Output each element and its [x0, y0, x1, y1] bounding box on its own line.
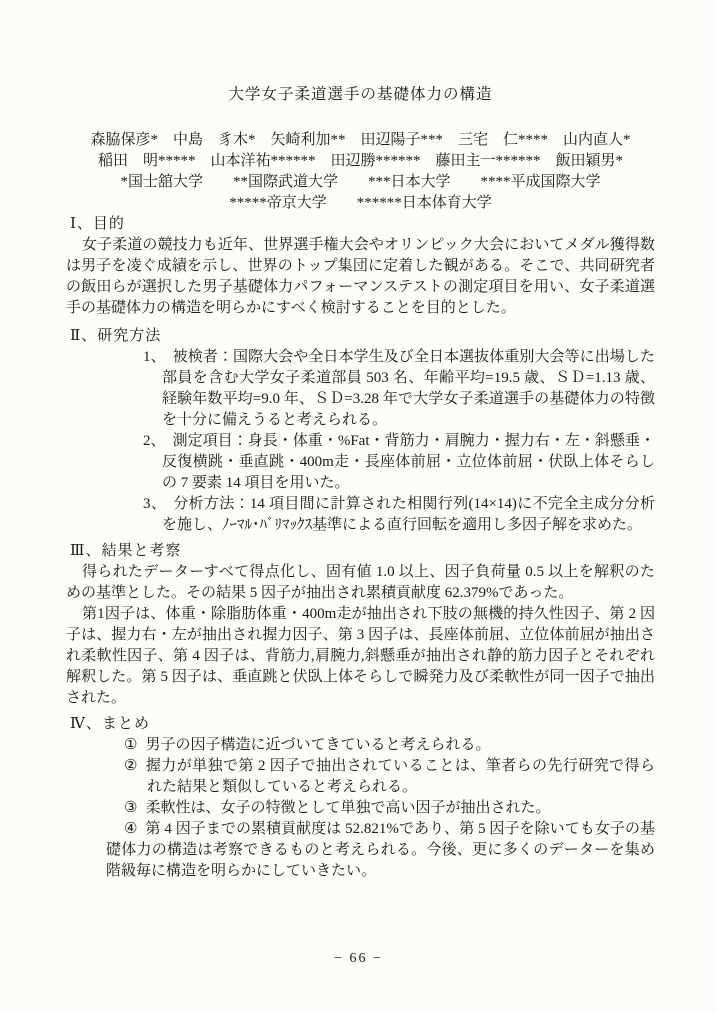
summary-item-1-text: 男子の因子構造に近づいてきていると考えられる。 [145, 737, 490, 753]
list-marker: ① [124, 737, 137, 753]
authors-line-1: 森脇保彦* 中島 豸木* 矢崎利加** 田辺陽子*** 三宅 仁**** 山内直… [66, 130, 655, 151]
summary-item-3-text: 柔軟性は、女子の特徴として単独で高い因子が抽出された。 [145, 800, 550, 816]
section-results-heading: Ⅲ、結果と考察 [70, 541, 655, 562]
document-page: 大学女子柔道選手の基礎体力の構造 森脇保彦* 中島 豸木* 矢崎利加** 田辺陽… [0, 0, 717, 1013]
summary-item-4-text: 第 4 因子までの累積貢献度は 52.821%であり、第 5 因子を除いても女子… [106, 821, 655, 879]
section-purpose-body: 女子柔道の競技力も近年、世界選手権大会やオリンピック大会においてメダル獲得数は男… [66, 235, 655, 319]
list-marker: 1、 [143, 349, 166, 365]
summary-item-2: ②握力が単独で第 2 因子で抽出されていることは、筆者らの先行研究で得られた結果… [66, 756, 655, 798]
list-marker: 2、 [143, 433, 166, 449]
section-results: Ⅲ、結果と考察 得られたデーターすべて得点化し、固有値 1.0 以上、因子負荷量… [66, 541, 655, 709]
affiliation-line-2: *****帝京大学 ******日本体育大学 [66, 193, 655, 214]
summary-item-4: ④第 4 因子までの累積貢献度は 52.821%であり、第 5 因子を除いても女… [66, 819, 655, 882]
summary-item-2-text: 握力が単独で第 2 因子で抽出されていることは、筆者らの先行研究で得られた結果と… [146, 758, 655, 795]
summary-item-1: ①男子の因子構造に近づいてきていると考えられる。 [66, 735, 655, 756]
authors-line-2: 稲田 明***** 山本洋祐****** 田辺勝****** 藤田主一*****… [66, 151, 655, 172]
author-block: 森脇保彦* 中島 豸木* 矢崎利加** 田辺陽子*** 三宅 仁**** 山内直… [66, 130, 655, 214]
page-title: 大学女子柔道選手の基礎体力の構造 [66, 84, 655, 105]
list-marker: ③ [124, 800, 137, 816]
section-methods-heading: Ⅱ、研究方法 [70, 326, 655, 347]
list-marker: ② [124, 758, 138, 774]
list-marker: 3、 [143, 496, 166, 512]
results-paragraph-2: 第1因子は、体重・除脂肪体重・400m走が抽出され下肢の無機的持久性因子、第 2… [66, 604, 655, 709]
summary-item-3: ③柔軟性は、女子の特徴として単独で高い因子が抽出された。 [66, 798, 655, 819]
method-item-2: 2、測定項目：身長・体重・%Fat・背筋力・肩腕力・握力右・左・斜懸垂・反復横跳… [66, 431, 655, 494]
method-item-1: 1、被検者：国際大会や全日本学生及び全日本選抜体重別大会等に出場した部員を含む大… [66, 347, 655, 431]
affiliation-line-1: *国士舘大学 **国際武道大学 ***日本大学 ****平成国際大学 [66, 172, 655, 193]
section-purpose-heading: Ⅰ、目的 [70, 214, 655, 235]
method-item-3-text: 分析方法：14 項目間に計算された相関行列(14×14)に不完全主成分分析を施し… [162, 496, 655, 533]
section-methods: Ⅱ、研究方法 1、被検者：国際大会や全日本学生及び全日本選抜体重別大会等に出場し… [66, 326, 655, 536]
section-summary-heading: Ⅳ、まとめ [70, 714, 655, 735]
list-marker: ④ [124, 821, 138, 837]
page-number: − 66 − [0, 948, 717, 969]
section-purpose: Ⅰ、目的 女子柔道の競技力も近年、世界選手権大会やオリンピック大会においてメダル… [66, 214, 655, 319]
method-item-3: 3、分析方法：14 項目間に計算された相関行列(14×14)に不完全主成分分析を… [66, 494, 655, 536]
method-item-2-text: 測定項目：身長・体重・%Fat・背筋力・肩腕力・握力右・左・斜懸垂・反復横跳・垂… [162, 433, 655, 491]
method-item-1-text: 被検者：国際大会や全日本学生及び全日本選抜体重別大会等に出場した部員を含む大学女… [162, 349, 655, 428]
section-summary: Ⅳ、まとめ ①男子の因子構造に近づいてきていると考えられる。 ②握力が単独で第 … [66, 714, 655, 882]
results-paragraph-1: 得られたデーターすべて得点化し、固有値 1.0 以上、因子負荷量 0.5 以上を… [66, 562, 655, 604]
